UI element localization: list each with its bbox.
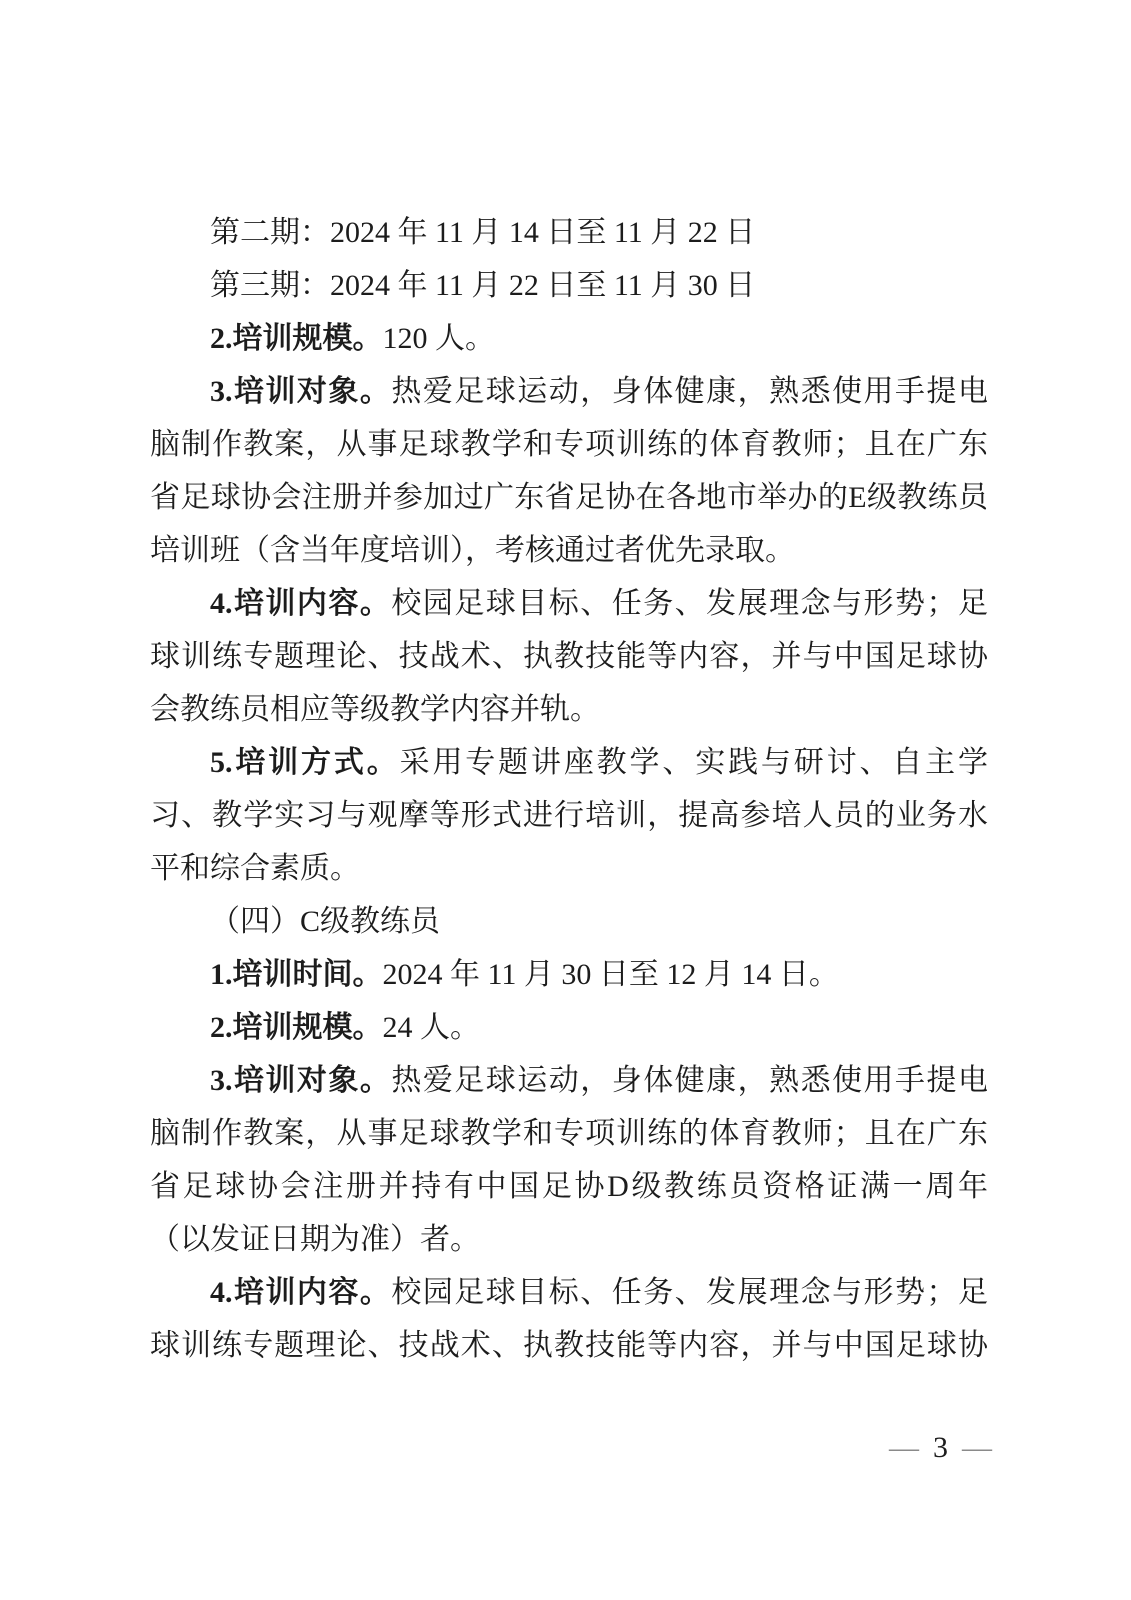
line-text: 习、教学实习与观摩等形式进行培训，提高参培人员的业务水	[150, 799, 988, 832]
doc-line: 会教练员相应等级教学内容并轨。	[150, 683, 988, 736]
doc-line: 脑制作教案，从事足球教学和专项训练的体育教师；且在广东	[150, 418, 988, 471]
line-text: （以发证日期为准）者。	[150, 1223, 480, 1256]
line-heading: 2.培训规模。	[210, 1011, 383, 1044]
doc-line: 球训练专题理论、技战术、执教技能等内容，并与中国足球协	[150, 1319, 988, 1372]
line-text: 脑制作教案，从事足球教学和专项训练的体育教师；且在广东	[150, 1117, 988, 1150]
footer-dash-left: —	[889, 1431, 919, 1464]
line-text: 热爱足球运动，身体健康，熟悉使用手提电	[391, 375, 988, 408]
doc-line: 4.培训内容。校园足球目标、任务、发展理念与形势；足	[150, 1266, 988, 1319]
line-text: 120 人。	[383, 322, 496, 355]
line-heading: 4.培训内容。	[210, 1276, 391, 1309]
line-text: 培训班（含当年度培训），考核通过者优先录取。	[150, 534, 795, 567]
line-text: 球训练专题理论、技战术、执教技能等内容，并与中国足球协	[150, 640, 988, 673]
line-heading: 3.培训对象。	[210, 1064, 391, 1097]
doc-line: 3.培训对象。热爱足球运动，身体健康，熟悉使用手提电	[150, 1054, 988, 1107]
doc-line: 3.培训对象。热爱足球运动，身体健康，熟悉使用手提电	[150, 365, 988, 418]
line-heading: 3.培训对象。	[210, 375, 391, 408]
footer-dash-right: —	[962, 1431, 992, 1464]
doc-line: 2.培训规模。120 人。	[150, 312, 988, 365]
line-heading: 5.培训方式。	[210, 746, 400, 779]
doc-line: 第二期：2024 年 11 月 14 日至 11 月 22 日	[150, 206, 988, 259]
page-number-footer: —3—	[889, 1430, 992, 1466]
line-heading: 4.培训内容。	[210, 587, 391, 620]
line-text: 省足球协会注册并持有中国足协D级教练员资格证满一周年	[150, 1170, 988, 1203]
doc-line: 脑制作教案，从事足球教学和专项训练的体育教师；且在广东	[150, 1107, 988, 1160]
line-text: 采用专题讲座教学、实践与研讨、自主学	[400, 746, 988, 779]
line-text: 省足球协会注册并参加过广东省足协在各地市举办的E级教练员	[150, 481, 988, 514]
doc-line: 省足球协会注册并持有中国足协D级教练员资格证满一周年	[150, 1160, 988, 1213]
doc-line: 1.培训时间。2024 年 11 月 30 日至 12 月 14 日。	[150, 948, 988, 1001]
line-text: 2024 年 11 月 30 日至 12 月 14 日。	[383, 958, 839, 991]
line-text: 校园足球目标、任务、发展理念与形势；足	[391, 587, 988, 620]
doc-line: 第三期：2024 年 11 月 22 日至 11 月 30 日	[150, 259, 988, 312]
line-heading: 2.培训规模。	[210, 322, 383, 355]
line-text: 第三期：2024 年 11 月 22 日至 11 月 30 日	[210, 269, 755, 302]
line-text: 第二期：2024 年 11 月 14 日至 11 月 22 日	[210, 216, 755, 249]
line-text: （四）C级教练员	[210, 905, 440, 938]
line-heading: 1.培训时间。	[210, 958, 383, 991]
page-number: 3	[933, 1431, 948, 1464]
doc-line: 4.培训内容。校园足球目标、任务、发展理念与形势；足	[150, 577, 988, 630]
doc-line: 5.培训方式。采用专题讲座教学、实践与研讨、自主学	[150, 736, 988, 789]
line-text: 会教练员相应等级教学内容并轨。	[150, 693, 600, 726]
doc-line: 平和综合素质。	[150, 842, 988, 895]
line-text: 脑制作教案，从事足球教学和专项训练的体育教师；且在广东	[150, 428, 988, 461]
document-body: 第二期：2024 年 11 月 14 日至 11 月 22 日 第三期：2024…	[150, 206, 988, 1372]
line-text: 热爱足球运动，身体健康，熟悉使用手提电	[391, 1064, 988, 1097]
line-text: 校园足球目标、任务、发展理念与形势；足	[391, 1276, 988, 1309]
doc-line: （以发证日期为准）者。	[150, 1213, 988, 1266]
line-text: 平和综合素质。	[150, 852, 360, 885]
doc-line: 省足球协会注册并参加过广东省足协在各地市举办的E级教练员	[150, 471, 988, 524]
doc-line-section-heading: （四）C级教练员	[150, 895, 988, 948]
doc-line: 培训班（含当年度培训），考核通过者优先录取。	[150, 524, 988, 577]
line-text: 球训练专题理论、技战术、执教技能等内容，并与中国足球协	[150, 1329, 988, 1362]
line-text: 24 人。	[383, 1011, 481, 1044]
doc-line: 球训练专题理论、技战术、执教技能等内容，并与中国足球协	[150, 630, 988, 683]
document-page: 第二期：2024 年 11 月 14 日至 11 月 22 日 第三期：2024…	[0, 0, 1131, 1600]
doc-line: 2.培训规模。24 人。	[150, 1001, 988, 1054]
doc-line: 习、教学实习与观摩等形式进行培训，提高参培人员的业务水	[150, 789, 988, 842]
